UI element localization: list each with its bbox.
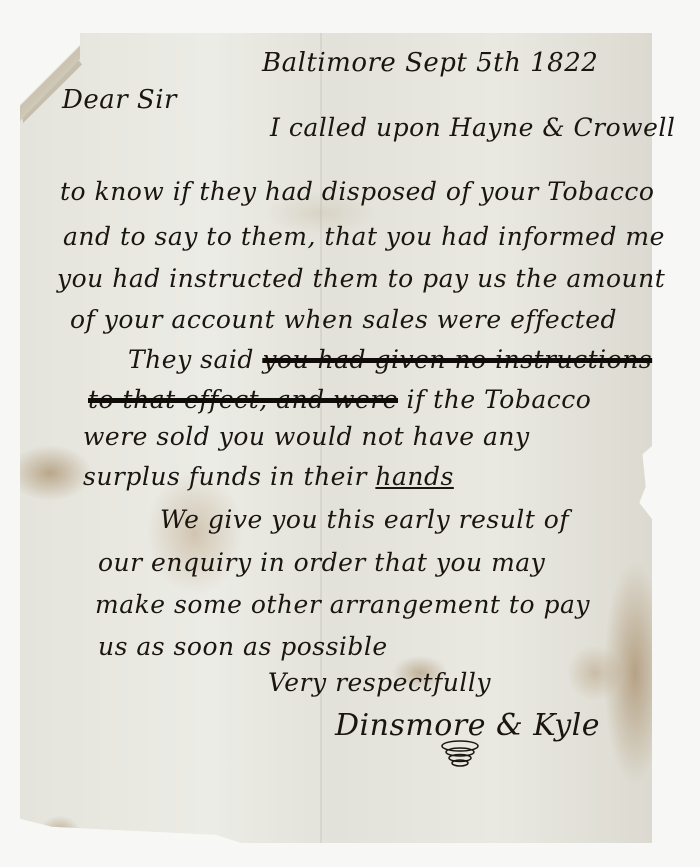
place: Baltimore [262,48,396,78]
struck-text: to that effect, and were [88,385,398,414]
body-line-4: you had instructed them to pay us the am… [57,264,665,293]
body-line-3: and to say to them, that you had informe… [63,222,665,251]
line-6-lead: They said [128,345,262,374]
line-7-rest: if the Tobacco [398,385,591,414]
salutation: Dear Sir [62,85,177,115]
struck-text: you had given no instructions [262,345,652,374]
body-line-1: I called upon Hayne & Crowell [270,113,675,142]
underlined-text: hands [375,462,453,491]
body-line-12: make some other arrangement to pay [95,590,590,619]
body-line-9: surplus funds in their hands [83,462,454,491]
date: Sept 5th 1822 [405,48,598,78]
body-line-8: were sold you would not have any [83,422,530,451]
body-line-6: They said you had given no instructions [128,345,652,374]
body-line-5: of your account when sales were effected [70,305,617,334]
body-line-11: our enquiry in order that you may [98,548,545,577]
signature-flourish-icon [435,740,485,770]
line-9-lead: surplus funds in their [83,462,375,491]
body-line-7: to that effect, and were if the Tobacco [88,385,591,414]
signature: Dinsmore & Kyle [335,708,600,743]
place-date: Baltimore Sept 5th 1822 [262,48,598,78]
closing: Very respectfully [268,668,491,697]
body-line-2: to know if they had disposed of your Tob… [60,177,655,206]
body-line-13: us as soon as possible [98,632,388,661]
body-line-10: We give you this early result of [160,505,569,534]
